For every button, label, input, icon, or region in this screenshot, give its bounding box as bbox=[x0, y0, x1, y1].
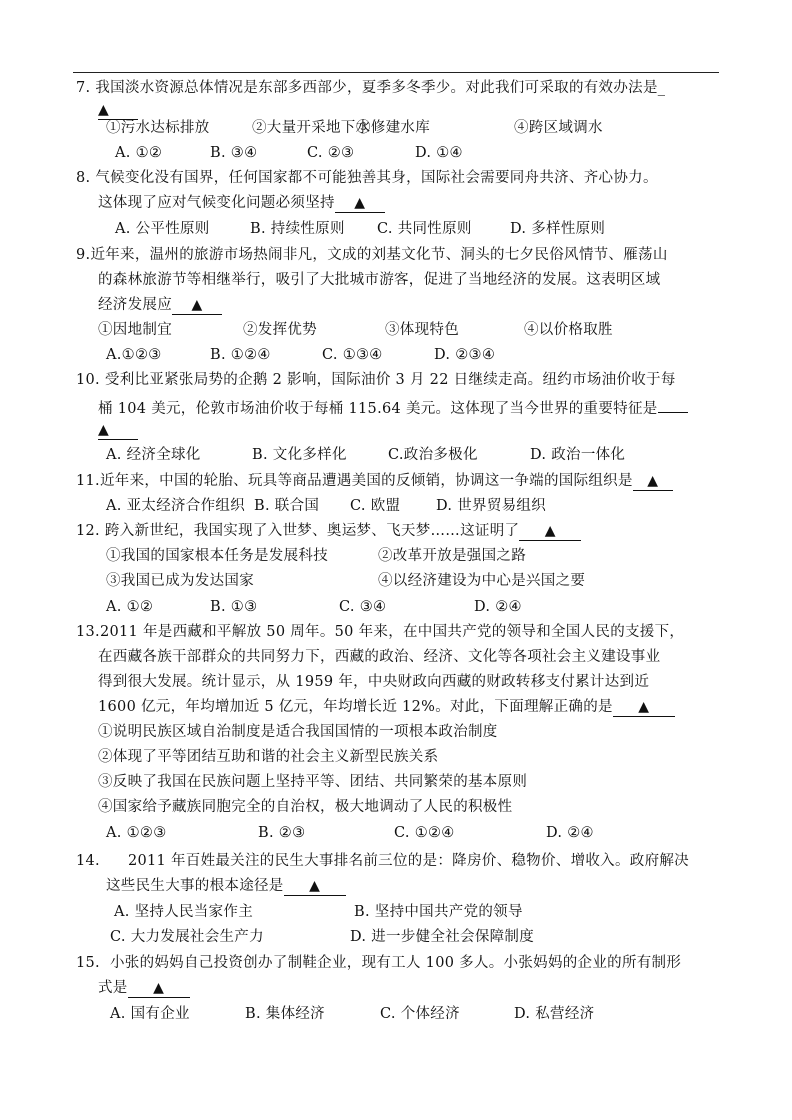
statement: ①污水达标排放 bbox=[106, 118, 210, 138]
header-rule bbox=[73, 72, 719, 73]
question-text-cont: 得到很大发展。统计显示，从 1959 年，中央财政向西藏的财政转移支付累计达到近 bbox=[98, 672, 649, 692]
question-text: 气候变化没有国界，任何国家都不可能独善其身，国际社会需要同舟共济、齐心协力。 bbox=[95, 170, 657, 186]
triangle-icon: ▲ bbox=[309, 878, 320, 894]
answer-blank: ▲ bbox=[98, 100, 138, 120]
option-b[interactable]: B. ①②④ bbox=[210, 345, 271, 365]
option-d[interactable]: D. 多样性原则 bbox=[510, 219, 605, 239]
option-c[interactable]: C. ①③④ bbox=[322, 345, 383, 365]
answer-blank-field[interactable] bbox=[658, 395, 688, 413]
question-14: 14.2011 年百姓最关注的民生大事排名前三位的是：降房价、稳物价、增收入。政… bbox=[76, 851, 689, 871]
question-text: 这体现了应对气候变化问题必须坚持 bbox=[98, 195, 335, 211]
question-number: 11. bbox=[76, 473, 100, 489]
option-a[interactable]: A. 亚太经济合作组织 bbox=[106, 496, 245, 516]
triangle-icon: ▲ bbox=[638, 699, 649, 715]
question-9: 9.近年来，温州的旅游市场热闹非凡，文成的刘基文化节、洞头的七夕民俗风情节、雁荡… bbox=[76, 245, 668, 265]
statement: ②改革开放是强国之路 bbox=[378, 546, 526, 566]
question-number: 8. bbox=[76, 170, 90, 186]
statement: ④以经济建设为中心是兴国之要 bbox=[378, 571, 585, 591]
option-c[interactable]: C. ③④ bbox=[339, 597, 386, 617]
question-number: 7. bbox=[76, 80, 90, 96]
answer-blank-field[interactable]: ▲ bbox=[519, 523, 581, 541]
option-d[interactable]: D. 政治一体化 bbox=[530, 445, 625, 465]
triangle-icon: ▲ bbox=[153, 980, 164, 996]
option-b[interactable]: B. 持续性原则 bbox=[250, 219, 345, 239]
question-text-cont: 这些民生大事的根本途径是▲ bbox=[106, 876, 346, 896]
option-a[interactable]: A. 经济全球化 bbox=[106, 445, 201, 465]
option-a[interactable]: A. ①②③ bbox=[106, 823, 167, 843]
option-a[interactable]: A. 坚持人民当家作主 bbox=[114, 902, 253, 922]
option-b[interactable]: B. ②③ bbox=[258, 823, 305, 843]
statement-text: ③反映了我国在民族问题上坚持平等、团结、共同繁荣的基本原则 bbox=[98, 774, 527, 790]
question-text-cont: 的森林旅游节等相继举行，吸引了大批城市游客，促进了当地经济的发展。这表明区域 bbox=[98, 270, 660, 290]
question-text: 2011 年百姓最关注的民生大事排名前三位的是：降房价、稳物价、增收入。政府解决 bbox=[128, 853, 689, 869]
triangle-icon: ▲ bbox=[98, 102, 109, 118]
statement: ④国家给予藏族同胞完全的自治权，极大地调动了人民的积极性 bbox=[98, 797, 512, 817]
question-text: 2011 年是西藏和平解放 50 周年。50 年来，在中国共产党的领导和全国人民… bbox=[100, 624, 684, 640]
question-text: 得到很大发展。统计显示，从 1959 年，中央财政向西藏的财政转移支付累计达到近 bbox=[98, 674, 649, 690]
answer-blank: ▲ bbox=[98, 420, 138, 440]
question-text: 这些民生大事的根本途径是 bbox=[106, 878, 284, 894]
option-c[interactable]: C. 大力发展社会生产力 bbox=[110, 927, 264, 947]
answer-blank-field[interactable]: ▲ bbox=[172, 297, 222, 315]
statement: ③修建水库 bbox=[356, 118, 430, 138]
statement-text: ④国家给予藏族同胞完全的自治权，极大地调动了人民的积极性 bbox=[98, 799, 512, 815]
question-number: 10. bbox=[76, 372, 100, 388]
option-d[interactable]: D. 进一步健全社会保障制度 bbox=[350, 927, 534, 947]
answer-blank-field[interactable]: ▲ bbox=[284, 878, 346, 896]
triangle-icon: ▲ bbox=[647, 473, 658, 489]
statement: ②发挥优势 bbox=[243, 320, 317, 340]
answer-blank-field[interactable]: ▲ bbox=[633, 473, 673, 491]
option-b[interactable]: B. ③④ bbox=[210, 143, 257, 163]
question-7: 7. 我国淡水资源总体情况是东部多西部少，夏季多冬季少。对此我们可采取的有效办法… bbox=[76, 78, 665, 98]
question-text: 桶 104 美元，伦敦市场油价收于每桶 115.64 美元。这体现了当今世界的重… bbox=[98, 401, 658, 417]
question-text-cont: 在西藏各族干部群众的共同努力下，西藏的政治、经济、文化等各项社会主义建设事业 bbox=[98, 647, 660, 667]
option-b[interactable]: B. 坚持中国共产党的领导 bbox=[354, 902, 523, 922]
answer-blank-field[interactable]: ▲ bbox=[613, 699, 675, 717]
option-d[interactable]: D. ①④ bbox=[415, 143, 463, 163]
question-13: 13.2011 年是西藏和平解放 50 周年。50 年来，在中国共产党的领导和全… bbox=[76, 622, 684, 642]
option-d[interactable]: D. 私营经济 bbox=[514, 1004, 594, 1024]
triangle-icon: ▲ bbox=[354, 195, 365, 211]
question-12: 12. 跨入新世纪，我国实现了入世梦、奥运梦、飞天梦……这证明了▲ bbox=[76, 521, 581, 541]
statement: ①我国的国家根本任务是发展科技 bbox=[106, 546, 328, 566]
question-text: 我国淡水资源总体情况是东部多西部少，夏季多冬季少。对此我们可采取的有效办法是_ bbox=[95, 80, 665, 96]
option-d[interactable]: D. ②④ bbox=[474, 597, 522, 617]
statement: ③体现特色 bbox=[385, 320, 459, 340]
question-number: 14. bbox=[76, 853, 100, 869]
triangle-icon: ▲ bbox=[98, 422, 109, 438]
answer-blank-field[interactable]: ▲ bbox=[128, 980, 190, 998]
question-11: 11.近年来，中国的轮胎、玩具等商品遭遇美国的反倾销，协调这一争端的国际组织是▲ bbox=[76, 471, 673, 491]
option-b[interactable]: B. ①③ bbox=[210, 597, 257, 617]
question-15: 15.小张的妈妈自己投资创办了制鞋企业，现有工人 100 多人。小张妈妈的企业的… bbox=[76, 953, 681, 973]
option-d[interactable]: D. ②④ bbox=[546, 823, 594, 843]
option-c[interactable]: C. 欧盟 bbox=[350, 496, 400, 516]
option-c[interactable]: C. 个体经济 bbox=[380, 1004, 460, 1024]
option-a[interactable]: A. ①② bbox=[106, 597, 153, 617]
question-text: 近年来，中国的轮胎、玩具等商品遭遇美国的反倾销，协调这一争端的国际组织是 bbox=[100, 473, 633, 489]
option-c[interactable]: C.政治多极化 bbox=[388, 445, 478, 465]
question-10: 10. 受利比亚紧张局势的企鹅 2 影响，国际油价 3 月 22 日继续走高。纽… bbox=[76, 370, 676, 390]
option-a[interactable]: A. 公平性原则 bbox=[115, 219, 210, 239]
statement: ④以价格取胜 bbox=[524, 320, 613, 340]
option-c[interactable]: C. ①②④ bbox=[394, 823, 455, 843]
question-text-cont: 经济发展应▲ bbox=[98, 295, 222, 315]
question-text-cont: 1600 亿元，年均增加近 5 亿元，年均增长近 12%。对此，下面理解正确的是… bbox=[98, 697, 675, 717]
question-text: 1600 亿元，年均增加近 5 亿元，年均增长近 12%。对此，下面理解正确的是 bbox=[98, 699, 613, 715]
option-a[interactable]: A. 国有企业 bbox=[110, 1004, 190, 1024]
question-text: 的森林旅游节等相继举行，吸引了大批城市游客，促进了当地经济的发展。这表明区域 bbox=[98, 272, 660, 288]
triangle-icon: ▲ bbox=[545, 523, 556, 539]
question-text-cont: 式是▲ bbox=[98, 978, 190, 998]
option-b[interactable]: B. 集体经济 bbox=[245, 1004, 325, 1024]
question-text-cont: 桶 104 美元，伦敦市场油价收于每桶 115.64 美元。这体现了当今世界的重… bbox=[98, 395, 688, 419]
question-text-cont: 这体现了应对气候变化问题必须坚持▲ bbox=[98, 193, 385, 213]
question-number: 13. bbox=[76, 624, 100, 640]
option-c[interactable]: C. ②③ bbox=[307, 143, 354, 163]
option-a[interactable]: A.①②③ bbox=[106, 345, 162, 365]
statement-text: ①说明民族区域自治制度是适合我国国情的一项根本政治制度 bbox=[98, 724, 498, 740]
option-c[interactable]: C. 共同性原则 bbox=[377, 219, 472, 239]
question-text: 小张的妈妈自己投资创办了制鞋企业，现有工人 100 多人。小张妈妈的企业的所有制… bbox=[110, 955, 681, 971]
option-d[interactable]: D. ②③④ bbox=[434, 345, 495, 365]
statement-text: ②体现了平等团结互助和谐的社会主义新型民族关系 bbox=[98, 749, 438, 765]
statement: ④跨区域调水 bbox=[514, 118, 603, 138]
question-text: 经济发展应 bbox=[98, 297, 172, 313]
statement: ①因地制宜 bbox=[98, 320, 172, 340]
statement: ③反映了我国在民族问题上坚持平等、团结、共同繁荣的基本原则 bbox=[98, 772, 527, 792]
question-text: 受利比亚紧张局势的企鹅 2 影响，国际油价 3 月 22 日继续走高。纽约市场油… bbox=[105, 372, 676, 388]
statement: ③我国已成为发达国家 bbox=[106, 571, 254, 591]
statement: ②大量开采地下水 bbox=[252, 118, 370, 138]
answer-blank-field[interactable]: ▲ bbox=[335, 195, 385, 213]
option-b[interactable]: B. 联合国 bbox=[254, 496, 319, 516]
question-number: 15. bbox=[76, 955, 100, 971]
option-b[interactable]: B. 文化多样化 bbox=[252, 445, 347, 465]
question-text: 近年来，温州的旅游市场热闹非凡，文成的刘基文化节、洞头的七夕民俗风情节、雁荡山 bbox=[90, 247, 667, 263]
option-d[interactable]: D. 世界贸易组织 bbox=[436, 496, 546, 516]
triangle-icon: ▲ bbox=[191, 297, 202, 313]
option-a[interactable]: A. ①② bbox=[115, 143, 162, 163]
question-text: 式是 bbox=[98, 980, 128, 996]
question-number: 9. bbox=[76, 247, 90, 263]
question-text: 在西藏各族干部群众的共同努力下，西藏的政治、经济、文化等各项社会主义建设事业 bbox=[98, 649, 660, 665]
answer-blank-field[interactable]: ▲ bbox=[98, 422, 138, 440]
statement: ②体现了平等团结互助和谐的社会主义新型民族关系 bbox=[98, 747, 438, 767]
question-text: 跨入新世纪，我国实现了入世梦、奥运梦、飞天梦……这证明了 bbox=[105, 523, 519, 539]
question-8: 8. 气候变化没有国界，任何国家都不可能独善其身，国际社会需要同舟共济、齐心协力… bbox=[76, 168, 658, 188]
statement: ①说明民族区域自治制度是适合我国国情的一项根本政治制度 bbox=[98, 722, 498, 742]
question-number: 12. bbox=[76, 523, 100, 539]
